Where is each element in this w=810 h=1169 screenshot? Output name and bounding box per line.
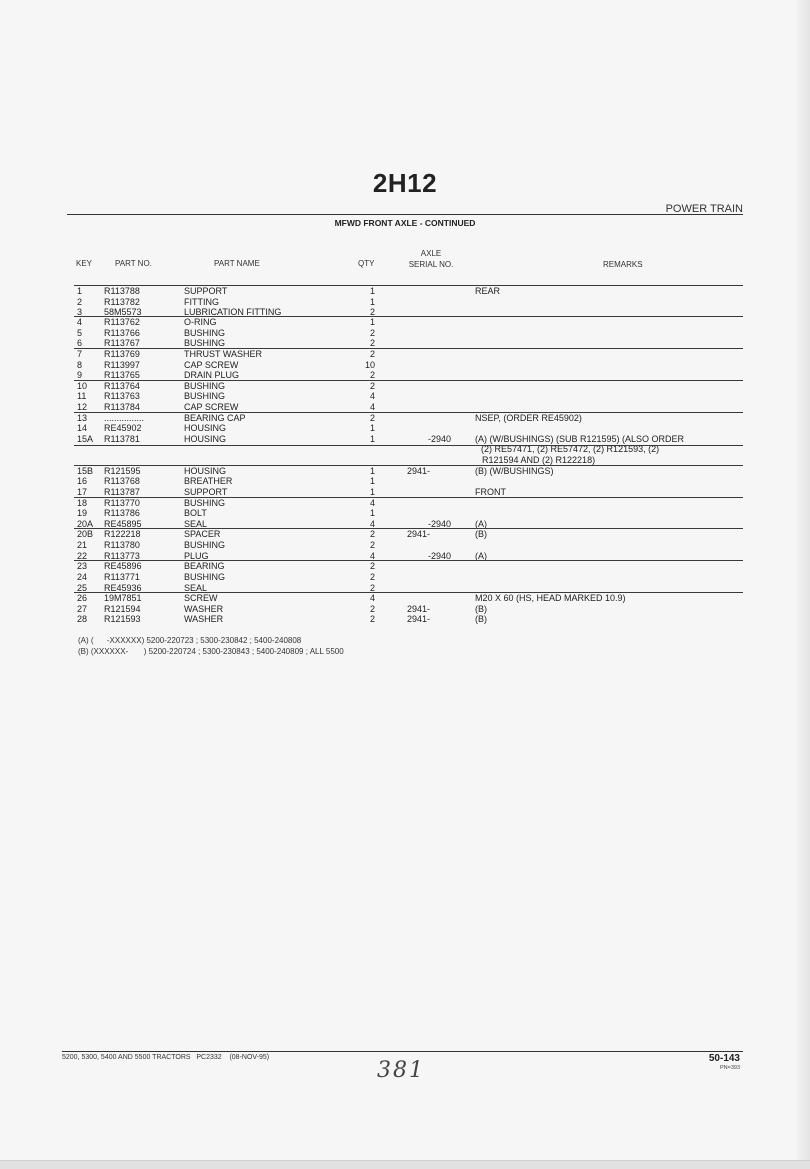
footer-publication: 5200, 5300, 5400 AND 5500 TRACTORS PC233… — [62, 1054, 269, 1061]
qty-cell: 1 — [335, 297, 375, 307]
part-no-cell: R113784 — [104, 402, 140, 412]
table-row: 13................BEARING CAP2NSEP, (ORD… — [0, 413, 810, 423]
part-name-cell: SPACER — [184, 529, 220, 539]
part-no-cell: RE45896 — [104, 561, 142, 571]
part-no-cell: R113764 — [104, 381, 140, 391]
part-no-cell: R113781 — [104, 434, 140, 444]
table-row: 8R113997CAP SCREW10 — [0, 360, 810, 370]
part-name-cell: CAP SCREW — [184, 360, 238, 370]
group-separator — [74, 348, 743, 349]
part-no-cell: R113767 — [104, 338, 140, 348]
qty-cell: 4 — [335, 391, 375, 401]
page-subtitle: MFWD FRONT AXLE - CONTINUED — [0, 218, 810, 228]
table-row: 2R113782FITTING1 — [0, 297, 810, 307]
group-separator — [74, 445, 743, 446]
column-header-part-name: PART NAME — [214, 259, 260, 268]
key-cell: 28 — [77, 614, 87, 624]
column-header-key: KEY — [76, 259, 92, 268]
part-no-cell: R113768 — [104, 476, 140, 486]
group-separator — [74, 380, 743, 381]
serial-cell: 2941- — [407, 529, 458, 539]
part-no-cell: RE45902 — [104, 423, 142, 433]
key-cell: 14 — [77, 423, 87, 433]
table-row: 20BR122218SPACER22941-(B) — [0, 529, 810, 539]
part-name-cell: BUSHING — [184, 328, 225, 338]
column-header-axle-serial: AXLE SERIAL NO. — [407, 248, 455, 270]
pn-number: PN=393 — [720, 1065, 740, 1071]
key-cell: 5 — [77, 328, 82, 338]
part-no-cell: R113766 — [104, 328, 140, 338]
serial-cell: -2940 — [400, 434, 451, 444]
part-no-cell: R113788 — [104, 286, 140, 296]
group-separator — [74, 497, 743, 498]
serial-no-label: SERIAL NO. — [407, 259, 455, 270]
key-cell: 18 — [77, 498, 87, 508]
key-cell: 20B — [77, 529, 93, 539]
header-rule — [67, 214, 743, 215]
key-cell: 19 — [77, 508, 87, 518]
part-no-cell: R113997 — [104, 360, 140, 370]
key-cell: 23 — [77, 561, 87, 571]
group-separator — [74, 528, 743, 529]
part-name-cell: BUSHING — [184, 381, 225, 391]
part-no-cell: R113780 — [104, 540, 140, 550]
qty-cell: 2 — [335, 328, 375, 338]
qty-cell: 4 — [335, 498, 375, 508]
column-header-part-no: PART NO. — [115, 259, 152, 268]
serial-cell: 2941- — [407, 466, 458, 476]
footer-rule — [62, 1051, 743, 1052]
qty-cell: 1 — [335, 317, 375, 327]
remarks-cell: M20 X 60 (HS, HEAD MARKED 10.9) — [475, 593, 626, 603]
axle-label: AXLE — [407, 248, 455, 259]
qty-cell: 2 — [335, 381, 375, 391]
table-row: 10R113764BUSHING2 — [0, 381, 810, 391]
group-separator — [74, 592, 743, 593]
part-no-cell: R113763 — [104, 391, 140, 401]
table-row: 4R113762O-RING1 — [0, 317, 810, 327]
remarks-cell: (B) — [475, 614, 487, 624]
part-name-cell: BUSHING — [184, 498, 225, 508]
part-name-cell: HOUSING — [184, 466, 226, 476]
qty-cell: 10 — [335, 360, 375, 370]
table-row: 21R113780BUSHING2 — [0, 540, 810, 550]
section-code: 2H12 — [0, 168, 810, 199]
key-cell: 27 — [77, 604, 87, 614]
part-name-cell: BUSHING — [184, 540, 225, 550]
part-no-cell: R122218 — [104, 529, 141, 539]
footnote-b: (B) (XXXXXX- ) 5200-220724 ; 5300-230843… — [78, 647, 344, 656]
part-no-cell: R113769 — [104, 349, 140, 359]
part-no-cell: R113782 — [104, 297, 140, 307]
part-name-cell: BUSHING — [184, 572, 225, 582]
remarks-continuation: R121594 AND (2) R122218) — [482, 455, 595, 465]
column-header-remarks: REMARKS — [603, 260, 643, 269]
group-separator — [74, 465, 743, 466]
part-name-cell: BEARING CAP — [184, 413, 246, 423]
qty-cell: 4 — [335, 593, 375, 603]
part-no-cell: R121594 — [104, 604, 141, 614]
group-separator — [74, 285, 743, 286]
qty-cell: 2 — [335, 529, 375, 539]
serial-cell: 2941- — [407, 614, 458, 624]
key-cell: 12 — [77, 402, 87, 412]
table-row: 11R113763BUSHING4 — [0, 391, 810, 401]
serial-cell: 2941- — [407, 604, 458, 614]
key-cell: 8 — [77, 360, 82, 370]
table-row: 16R113768BREATHER1 — [0, 476, 810, 486]
key-cell: 7 — [77, 349, 82, 359]
group-separator — [74, 560, 743, 561]
part-no-cell: R113786 — [104, 508, 140, 518]
table-row: 24R113771BUSHING2 — [0, 572, 810, 582]
table-row: 7R113769THRUST WASHER2 — [0, 349, 810, 359]
part-no-cell: R113770 — [104, 498, 140, 508]
scan-bottom-edge — [0, 1160, 810, 1169]
part-no-cell: R113762 — [104, 317, 140, 327]
part-name-cell: O-RING — [184, 317, 217, 327]
qty-cell: 2 — [335, 604, 375, 614]
part-name-cell: BOLT — [184, 508, 207, 518]
table-row: 2619M7851SCREW4M20 X 60 (HS, HEAD MARKED… — [0, 593, 810, 603]
part-name-cell: SUPPORT — [184, 286, 227, 296]
qty-cell: 2 — [335, 338, 375, 348]
table-row: 5R113766BUSHING2 — [0, 328, 810, 338]
part-name-cell: HOUSING — [184, 434, 226, 444]
table-row: 12R113784CAP SCREW4 — [0, 402, 810, 412]
key-cell: 6 — [77, 338, 82, 348]
part-name-cell: HOUSING — [184, 423, 226, 433]
qty-cell: 2 — [335, 540, 375, 550]
key-cell: 15A — [77, 434, 93, 444]
remarks-cell: NSEP, (ORDER RE45902) — [475, 413, 582, 423]
qty-cell: 2 — [335, 561, 375, 571]
remarks-cell: REAR — [475, 286, 500, 296]
part-no-cell: R121595 — [104, 466, 141, 476]
part-name-cell: CAP SCREW — [184, 402, 238, 412]
remarks-cell: (B) — [475, 529, 487, 539]
part-name-cell: WASHER — [184, 614, 223, 624]
part-name-cell: BUSHING — [184, 391, 225, 401]
qty-cell: 2 — [335, 614, 375, 624]
key-cell: 16 — [77, 476, 87, 486]
qty-cell: 1 — [335, 466, 375, 476]
part-no-cell: 19M7851 — [104, 593, 142, 603]
table-row: 18R113770BUSHING4 — [0, 498, 810, 508]
key-cell: 26 — [77, 593, 87, 603]
qty-cell: 4 — [335, 402, 375, 412]
qty-cell: 1 — [335, 434, 375, 444]
part-name-cell: BUSHING — [184, 338, 225, 348]
key-cell: 11 — [77, 391, 86, 401]
part-no-cell: ................ — [104, 413, 144, 423]
part-no-cell: R121593 — [104, 614, 141, 624]
table-row: 23RE45896BEARING2 — [0, 561, 810, 571]
key-cell: 4 — [77, 317, 82, 327]
qty-cell: 1 — [335, 423, 375, 433]
key-cell: 1 — [77, 286, 82, 296]
qty-cell: 1 — [335, 476, 375, 486]
qty-cell: 1 — [335, 508, 375, 518]
part-name-cell: BREATHER — [184, 476, 232, 486]
column-header-qty: QTY — [358, 259, 374, 268]
qty-cell: 2 — [335, 572, 375, 582]
table-row: 28R121593WASHER22941-(B) — [0, 614, 810, 624]
part-name-cell: THRUST WASHER — [184, 349, 262, 359]
table-row: 15AR113781HOUSING1-2940(A) (W/BUSHINGS) … — [0, 434, 810, 444]
part-name-cell: SCREW — [184, 593, 218, 603]
table-row: 6R113767BUSHING2 — [0, 338, 810, 348]
table-row: 14RE45902HOUSING1 — [0, 423, 810, 433]
key-cell: 10 — [77, 381, 87, 391]
table-row: 19R113786BOLT1 — [0, 508, 810, 518]
part-name-cell: BEARING — [184, 561, 225, 571]
remarks-cell: (B) (W/BUSHINGS) — [475, 466, 554, 476]
qty-cell: 2 — [335, 349, 375, 359]
key-cell: 13 — [77, 413, 87, 423]
remarks-cell: (B) — [475, 604, 487, 614]
group-separator — [74, 316, 743, 317]
part-name-cell: WASHER — [184, 604, 223, 614]
table-row: 15BR121595HOUSING12941-(B) (W/BUSHINGS) — [0, 466, 810, 476]
handwritten-page-number: 381 — [377, 1058, 425, 1083]
key-cell: 15B — [77, 466, 93, 476]
key-cell: 21 — [77, 540, 87, 550]
table-row: 27R121594WASHER22941-(B) — [0, 604, 810, 614]
part-name-cell: FITTING — [184, 297, 219, 307]
key-cell: 24 — [77, 572, 87, 582]
group-separator — [74, 412, 743, 413]
part-no-cell: R113771 — [104, 572, 140, 582]
qty-cell: 1 — [335, 286, 375, 296]
footnote-a: (A) ( -XXXXXX) 5200-220723 ; 5300-230842… — [78, 636, 301, 645]
qty-cell: 2 — [335, 413, 375, 423]
table-row: 1R113788SUPPORT1REAR — [0, 286, 810, 296]
key-cell: 2 — [77, 297, 82, 307]
remarks-cell: (A) (W/BUSHINGS) (SUB R121595) (ALSO ORD… — [475, 434, 684, 444]
page-number: 50-143 — [709, 1053, 740, 1064]
